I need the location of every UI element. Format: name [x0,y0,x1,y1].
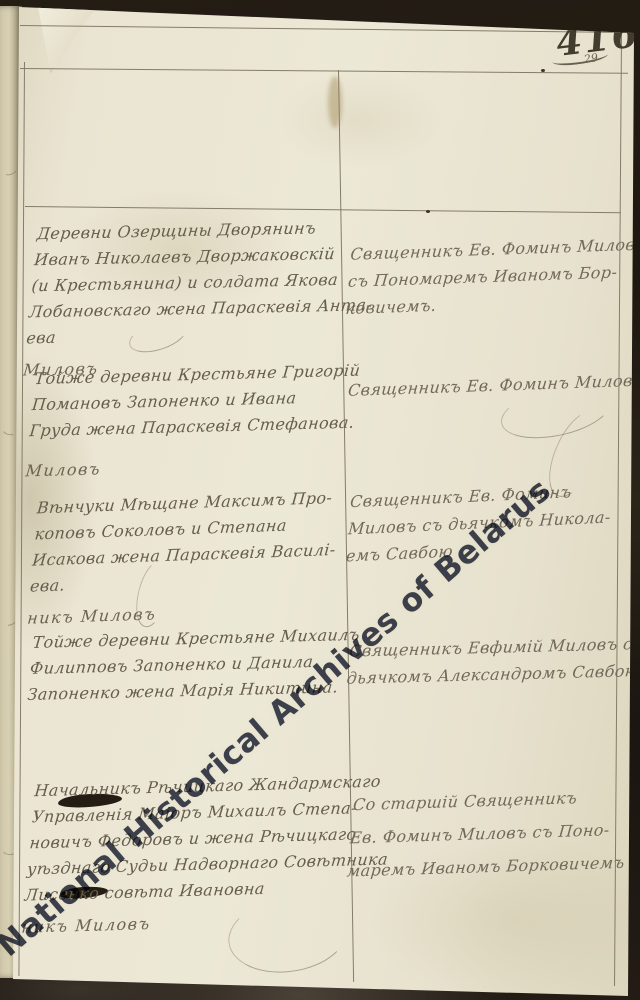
ink-stain [328,76,342,128]
fly-speck [426,210,430,213]
register-entry-3-left: Вѣнчуки Мѣщане Максимъ Про- коповъ Сокол… [26,484,358,632]
clergy-signature: Миловъ [24,450,346,484]
register-entry-1-right: Священникъ Ев. Фоминъ Миловъ съ Пономаре… [345,231,632,322]
ruled-line-row [25,206,621,213]
archive-scan-background: 416 29 Деревни Озерщины Дворянинъ Иванъ … [0,0,640,1000]
fly-speck [541,69,545,72]
left-margin-line [18,62,25,976]
register-entry-2-left: Тойже деревни Крестьяне Григорій Поманов… [24,358,355,485]
facing-page-ink-trace [1,424,17,436]
ruled-line-top [20,25,628,33]
register-entry-5-right: Со старшій Священникъ Ев. Фоминъ Миловъ … [346,779,635,887]
facing-page-ink-trace [2,164,18,177]
page-corner-fold [38,7,96,73]
corner-annotation: 29 [583,51,599,66]
ruled-line-header [20,68,628,74]
